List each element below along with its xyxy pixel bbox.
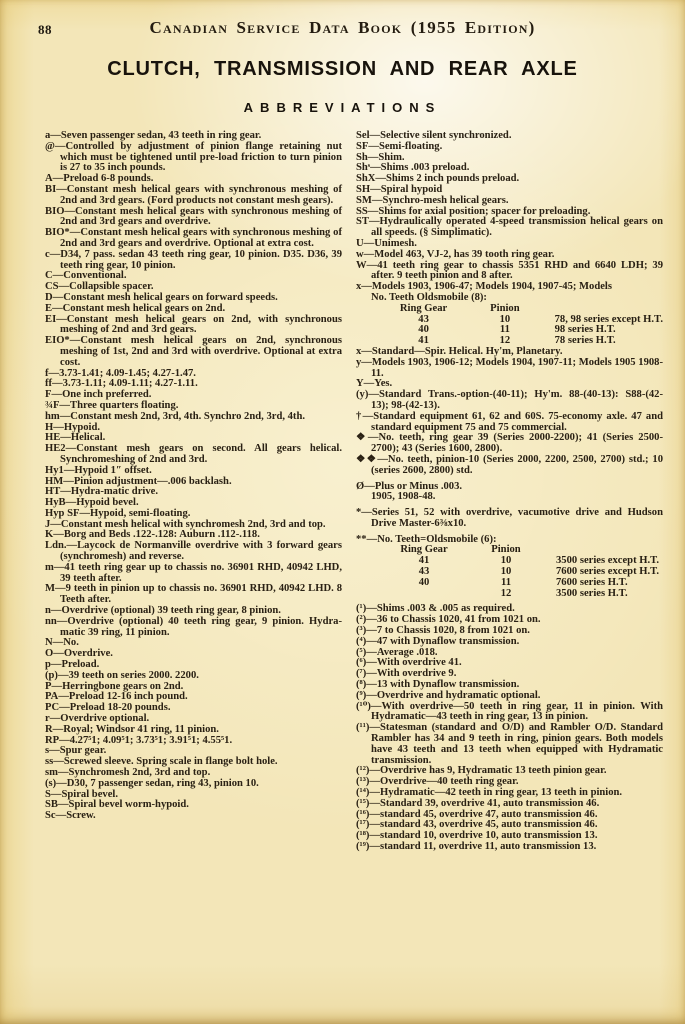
abbrev-column-left: a—Seven passenger sedan, 43 teeth in rin… [45, 131, 342, 853]
book-page: 88 Canadian Service Data Book (1955 Edit… [0, 0, 685, 1024]
gear-table-header: Pinion [469, 304, 540, 315]
gear-table-header [541, 304, 663, 315]
book-title: Canadian Service Data Book (1955 Edition… [0, 18, 685, 38]
abbrev-entry: *—Series 51, 52 with overdrive, vacumoti… [356, 508, 663, 530]
abbrev-entry: †—Standard equipment 61, 62 and 60S. 75-… [356, 412, 663, 434]
abbrev-entry: (¹⁹)—standard 11, overdrive 11, auto tra… [356, 842, 663, 853]
abbrev-entry: SF—Semi-floating. [356, 142, 663, 153]
abbrev-entry: M—9 teeth in pinion up to chassis no. 36… [45, 584, 342, 606]
abbrev-entry: (¹⁵)—Standard 39, overdrive 41, auto tra… [356, 799, 663, 810]
abbrev-entry: (¹¹)—Statesman (standard and O/D) and Ra… [356, 723, 663, 766]
abbrev-entry: nn—Overdrive (optional) 40 teeth ring ge… [45, 617, 342, 639]
abbrev-entry: Ldn.—Laycock de Normanville overdrive wi… [45, 541, 342, 563]
gear-table-cell: 40 [378, 578, 470, 589]
gear-table-cell [378, 589, 470, 600]
abbrev-entry: hm—Constant mesh 2nd, 3rd, 4th. Synchro … [45, 412, 342, 423]
abbrev-entry: y—Models 1903, 1906-12; Models 1904, 190… [356, 358, 663, 380]
gear-teeth-table: Ring GearPinion41103500 series except H.… [378, 545, 659, 599]
section-title: CLUTCH, TRANSMISSION AND REAR AXLE [0, 58, 685, 81]
abbrev-entry: ❖❖—No. teeth, pinion-10 (Series 2000, 22… [356, 455, 663, 477]
abbrev-entry: BI—Constant mesh helical gears with sync… [45, 185, 342, 207]
abbreviations-heading: ABBREVIATIONS [0, 100, 685, 115]
abbrev-entry: BIO—Constant mesh helical gears with syn… [45, 207, 342, 229]
abbrev-entry: R—Royal; Windsor 41 ring, 11 pinion. [45, 725, 342, 736]
abbrev-entry: (y)—Standard Trans.-option-(40-11); Hy'm… [356, 390, 663, 412]
abbrev-entry: EI—Constant mesh helical gears on 2nd, w… [45, 315, 342, 337]
abbrev-entry: Hy1—Hypoid 1″ offset. [45, 466, 342, 477]
abbrev-entry: w—Model 463, VJ-2, has 39 tooth ring gea… [356, 250, 663, 261]
abbreviations-columns: a—Seven passenger sedan, 43 teeth in rin… [45, 131, 663, 853]
abbrev-entry: E—Constant mesh helical gears on 2nd. [45, 304, 342, 315]
abbrev-entry: ST—Hydraulically operated 4-speed transm… [356, 217, 663, 239]
abbrev-entry: W—41 teeth ring gear to chassis 5351 RHD… [356, 261, 663, 283]
abbrev-entry: SM—Synchro-mesh helical gears. [356, 196, 663, 207]
abbrev-entry: EIO*—Constant mesh helical gears on 2nd,… [45, 336, 342, 368]
gear-table-cell: 12 [470, 589, 542, 600]
abbrev-entry: c—D34, 7 pass. sedan 43 teeth ring gear,… [45, 250, 342, 272]
abbrev-entry: @—Controlled by adjustment of pinion fla… [45, 142, 342, 174]
gear-table-header: Ring Gear [378, 304, 469, 315]
gear-table-cell: 3500 series H.T. [542, 589, 659, 600]
gear-teeth-table: Ring GearPinion431078, 98 series except … [378, 304, 663, 347]
abbrev-entry: ❖—No. teeth, ring gear 39 (Series 2000-2… [356, 433, 663, 455]
abbrev-entry: BIO*—Constant mesh helical gears with sy… [45, 228, 342, 250]
abbrev-entry: HE2—Constant mesh gears on second. All g… [45, 444, 342, 466]
abbrev-entry: (s)—D30, 7 passenger sedan, ring 43, pin… [45, 779, 342, 790]
abbrev-entry: m—41 teeth ring gear up to chassis no. 3… [45, 563, 342, 585]
abbrev-entry: Sc—Screw. [45, 811, 342, 822]
abbrev-column-right: Sel—Selective silent synchronized.SF—Sem… [356, 131, 663, 853]
abbrev-entry-continuation: 1905, 1908-48. [356, 492, 663, 503]
gear-table-row: 123500 series H.T. [378, 589, 659, 600]
abbrev-entry: (¹⁰)—With overdrive—50 teeth in ring gea… [356, 702, 663, 724]
